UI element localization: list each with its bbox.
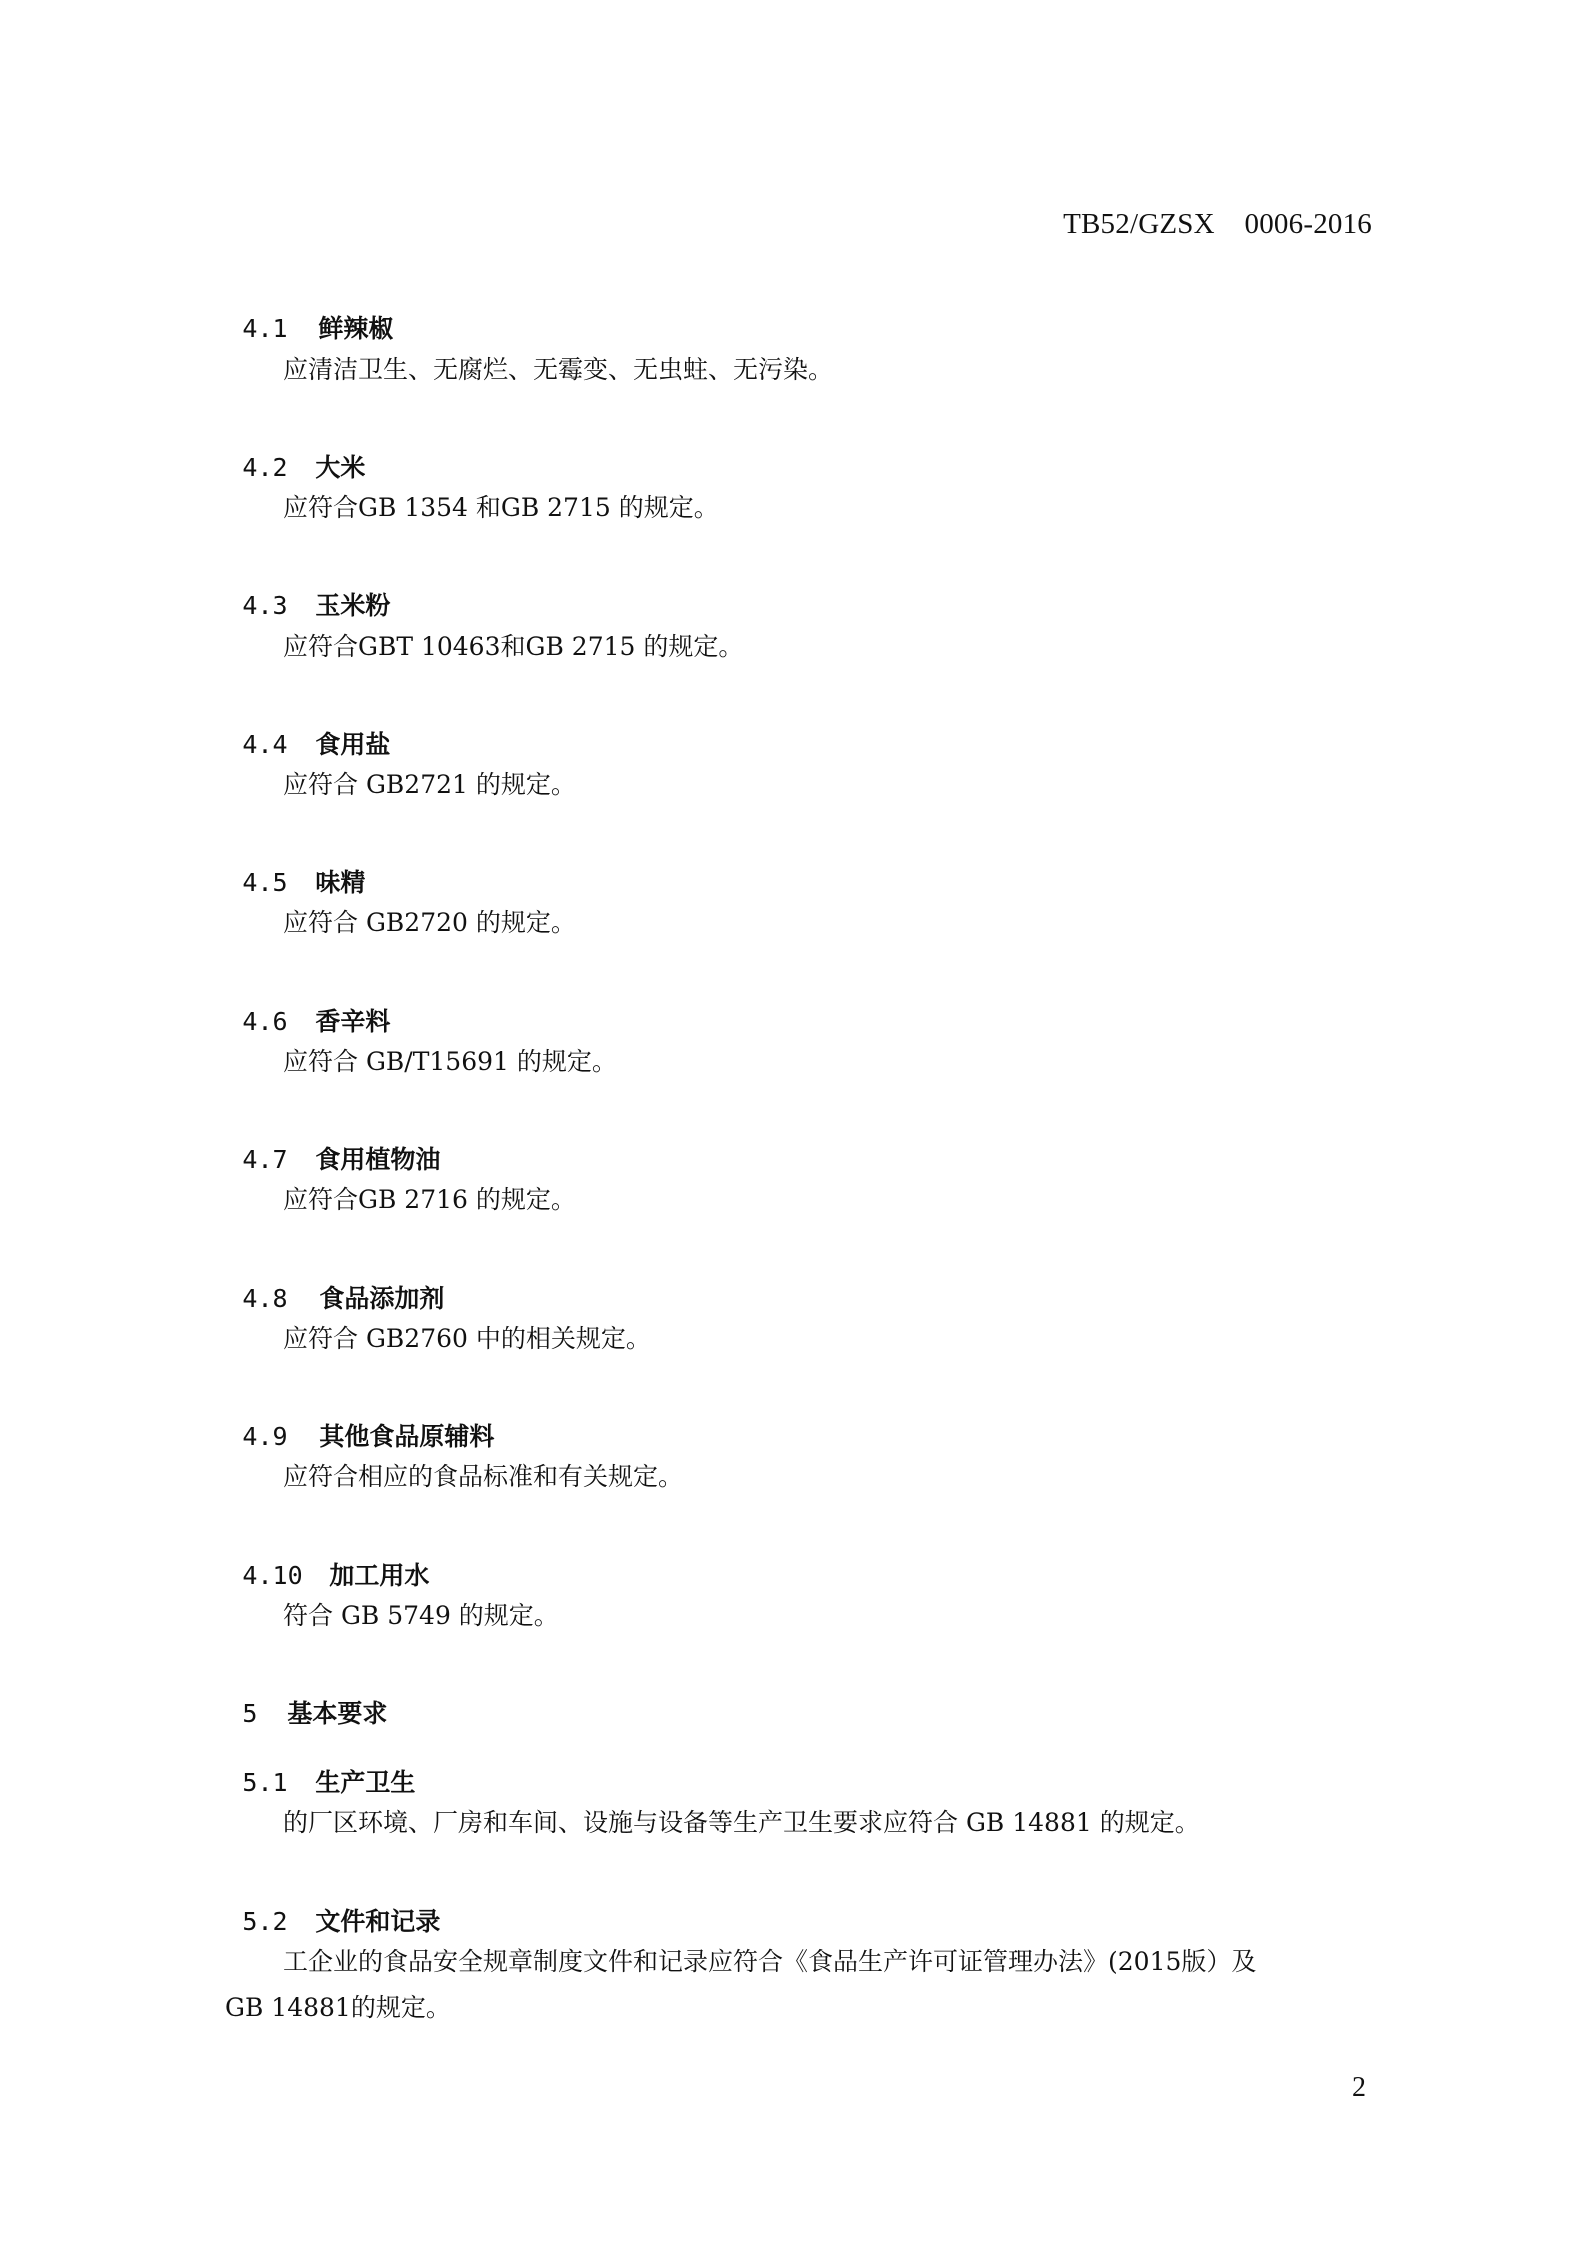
section-number: 5 (242, 1699, 287, 1728)
section-title: 其他食品原辅料 (319, 1422, 494, 1451)
document-code-header: TB52/GZSX 0006-2016 (1063, 208, 1372, 241)
section-body-5-1: 的厂区环境、厂房和车间、设施与设备等生产卫生要求应符合 GB 14881 的规定… (283, 1803, 1200, 1839)
section-heading-5-2: 5.2文件和记录 (225, 1873, 440, 1938)
section-heading-4-6: 4.6香辛料 (225, 973, 390, 1038)
section-number: 4.2 (242, 453, 315, 482)
section-body-5-2: 工企业的食品安全规章制度文件和记录应符合《食品生产许可证管理办法》(2015版）… (283, 1942, 1256, 1978)
section-body-4-10: 符合 GB 5749 的规定。 (283, 1596, 559, 1632)
section-body-4-7: 应符合GB 2716 的规定。 (283, 1180, 576, 1216)
section-number: 4.10 (242, 1561, 329, 1590)
section-body-4-9: 应符合相应的食品标准和有关规定。 (283, 1457, 683, 1493)
section-body-4-1: 应清洁卫生、无腐烂、无霉变、无虫蛀、无污染。 (283, 350, 833, 386)
section-heading-4-4: 4.4食用盐 (225, 696, 390, 761)
section-heading-4-5: 4.5味精 (225, 834, 365, 899)
section-number: 4.7 (242, 1145, 315, 1174)
section-heading-5-1: 5.1生产卫生 (225, 1734, 415, 1799)
section-body-4-6: 应符合 GB/T15691 的规定。 (283, 1042, 617, 1078)
section-heading-4-7: 4.7食用植物油 (225, 1111, 440, 1176)
section-title: 食用盐 (315, 730, 390, 759)
section-body-4-5: 应符合 GB2720 的规定。 (283, 903, 576, 939)
section-body-4-2: 应符合GB 1354 和GB 2715 的规定。 (283, 488, 719, 524)
section-number: 4.4 (242, 730, 315, 759)
section-body-4-8: 应符合 GB2760 中的相关规定。 (283, 1319, 651, 1355)
section-heading-4-8: 4.8食品添加剂 (225, 1250, 444, 1315)
section-title: 玉米粉 (315, 591, 390, 620)
section-title: 鲜辣椒 (318, 314, 393, 343)
section-number: 4.9 (242, 1422, 319, 1451)
section-number: 4.6 (242, 1007, 315, 1036)
section-title: 大米 (315, 453, 365, 482)
section-number: 4.1 (242, 314, 318, 343)
section-title: 食品添加剂 (319, 1284, 444, 1313)
section-title: 生产卫生 (315, 1768, 415, 1797)
section-number: 5.2 (242, 1907, 315, 1936)
section-title: 食用植物油 (315, 1145, 440, 1174)
section-title: 加工用水 (329, 1561, 429, 1590)
section-number: 4.8 (242, 1284, 319, 1313)
section-heading-4-1: 4.1鲜辣椒 (225, 280, 393, 345)
section-number: 4.5 (242, 868, 315, 897)
section-heading-5: 5基本要求 (225, 1665, 387, 1730)
section-heading-4-10: 4.10加工用水 (225, 1527, 429, 1592)
section-title: 基本要求 (287, 1699, 387, 1728)
section-number: 5.1 (242, 1768, 315, 1797)
section-body-5-2-continued: GB 14881的规定。 (225, 1988, 451, 2024)
section-title: 文件和记录 (315, 1907, 440, 1936)
section-body-4-3: 应符合GBT 10463和GB 2715 的规定。 (283, 627, 743, 663)
section-title: 味精 (315, 868, 365, 897)
section-number: 4.3 (242, 591, 315, 620)
section-body-4-4: 应符合 GB2721 的规定。 (283, 765, 576, 801)
section-title: 香辛料 (315, 1007, 390, 1036)
section-heading-4-9: 4.9其他食品原辅料 (225, 1388, 494, 1453)
page-number: 2 (1352, 2072, 1366, 2104)
section-heading-4-2: 4.2大米 (225, 419, 365, 484)
section-heading-4-3: 4.3玉米粉 (225, 557, 390, 622)
